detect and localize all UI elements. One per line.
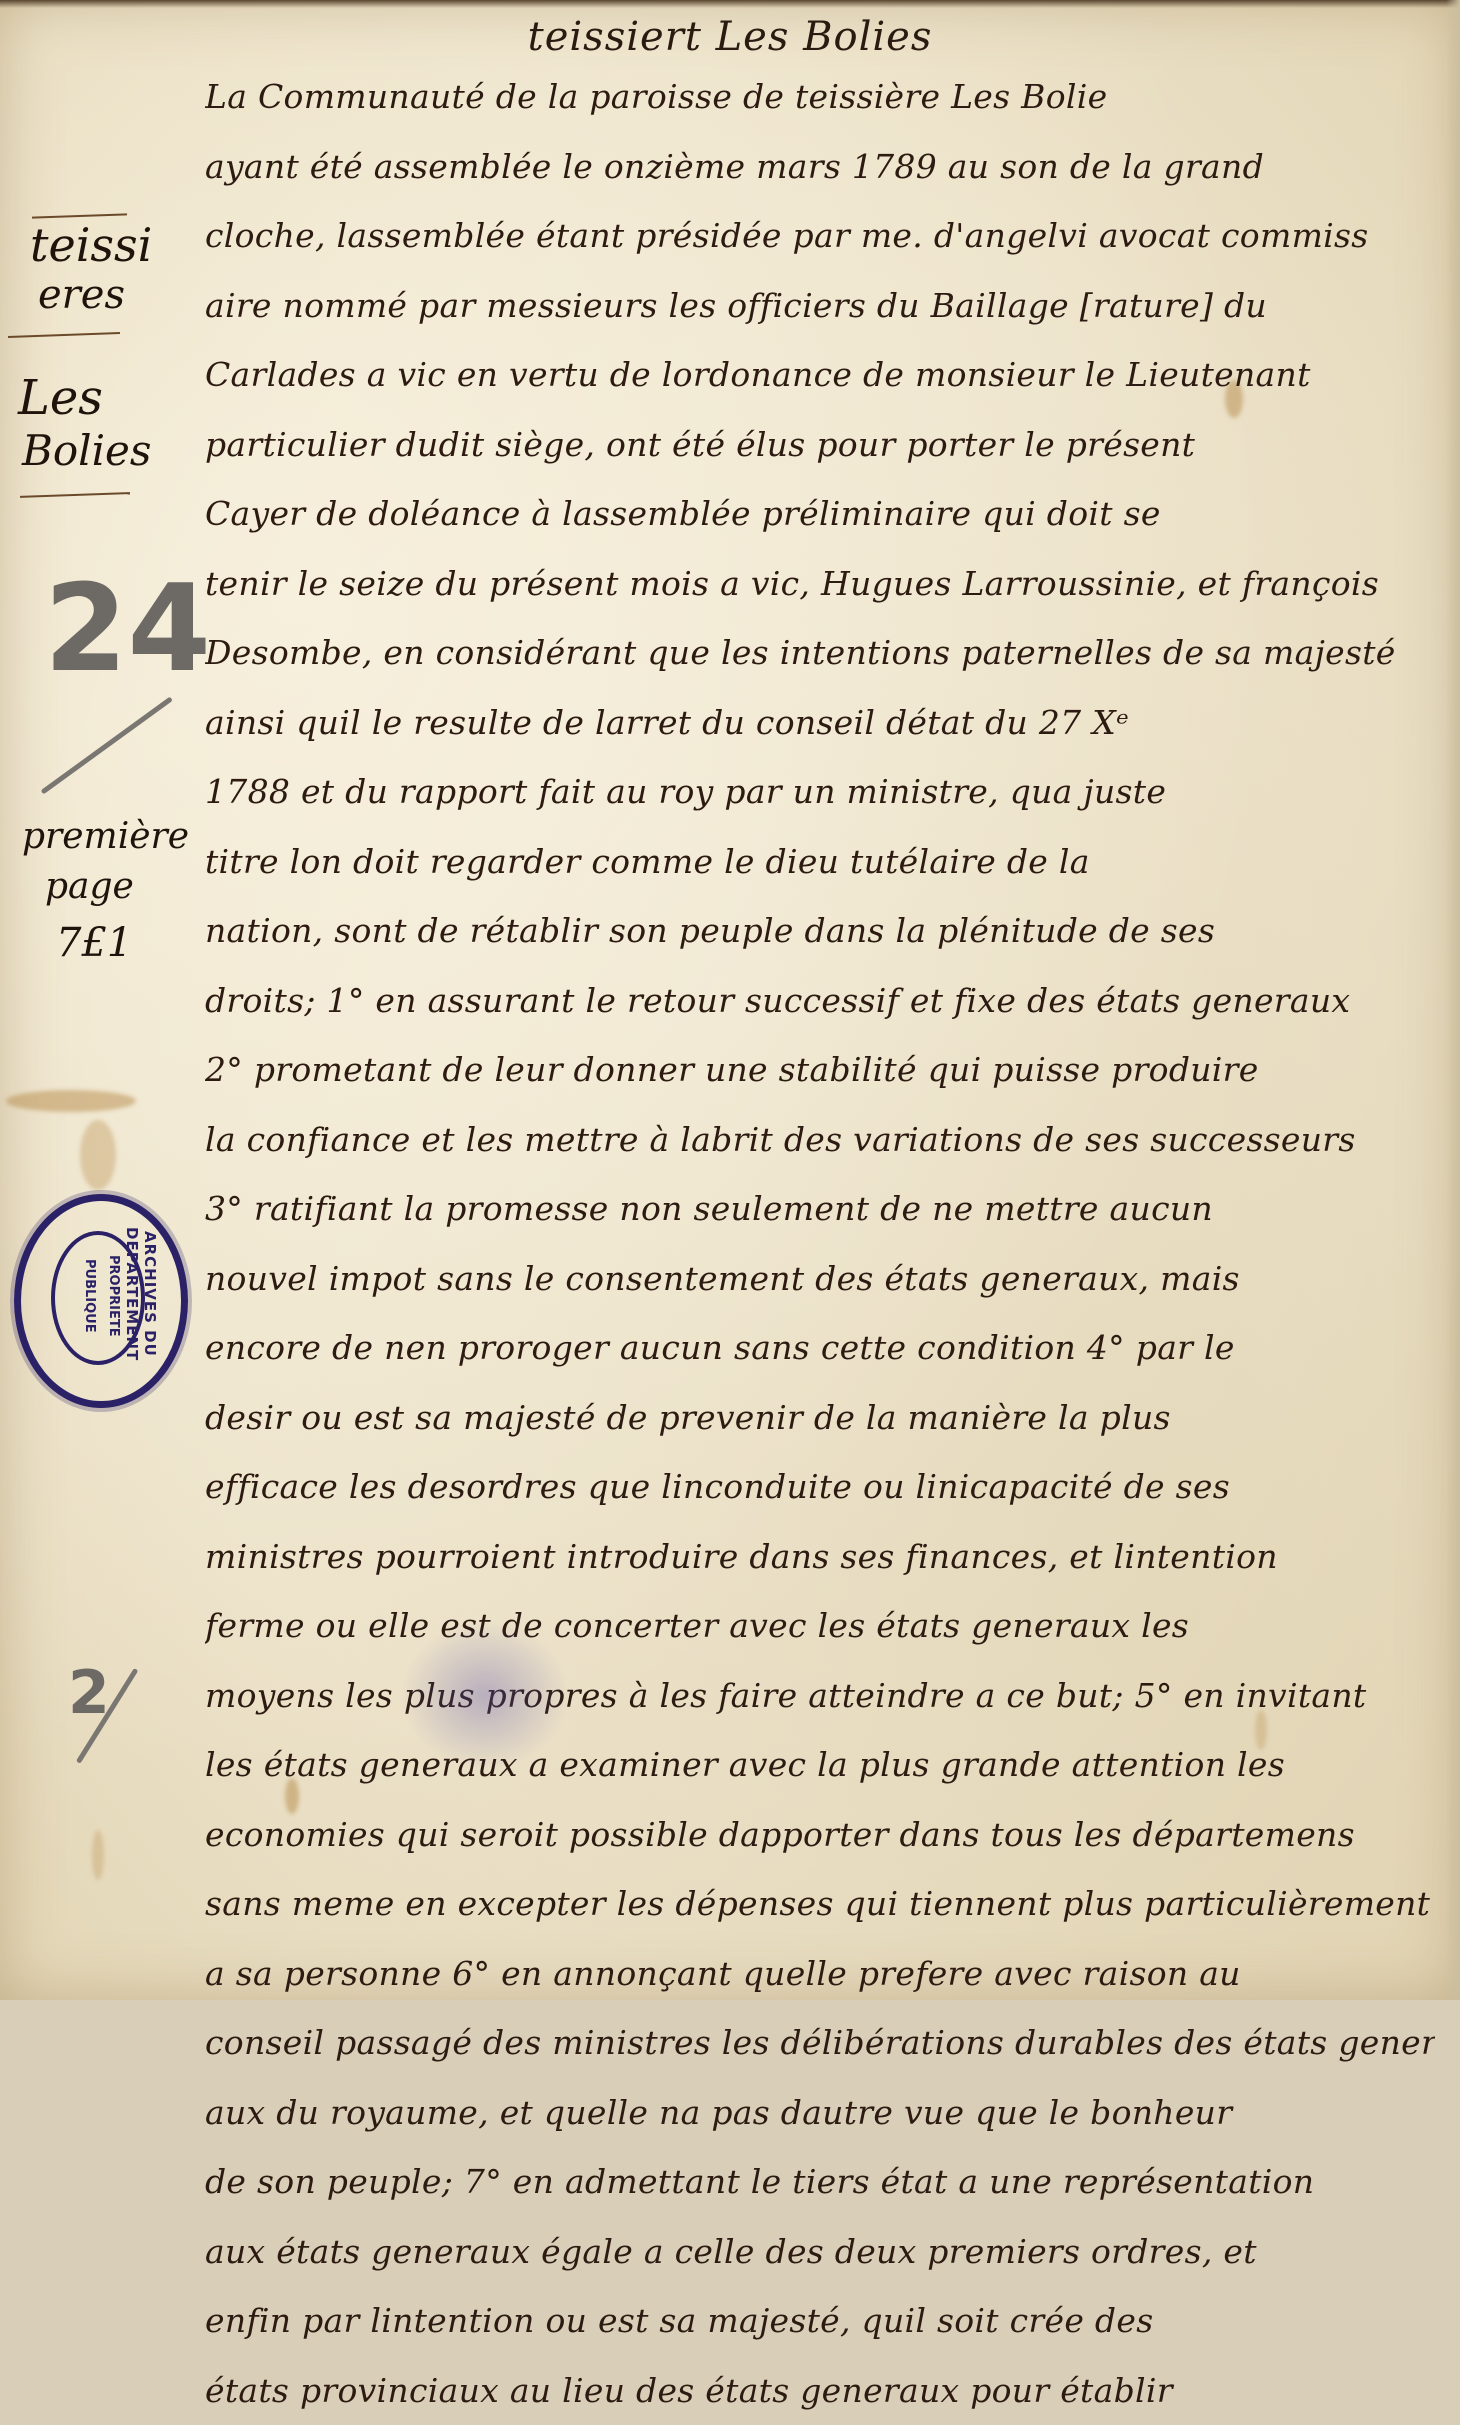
text-line: Cayer de doléance à lassemblée prélimina…	[205, 479, 1435, 549]
page-right-edge	[1446, 0, 1460, 2000]
text-line: ferme ou elle est de concerter avec les …	[205, 1591, 1435, 1661]
text-line: particulier dudit siège, ont été élus po…	[205, 410, 1435, 480]
text-line: moyens les plus propres à les faire atte…	[205, 1661, 1435, 1731]
stamp-center-text: PUBLIQUE	[75, 1241, 97, 1351]
margin-rule	[20, 492, 130, 498]
manuscript-page: teissiert Les Bolies La Communauté de la…	[0, 0, 1460, 2000]
archive-stamp: ARCHIVES DU DEPARTEMENT PROPRIETE PUBLIQ…	[14, 1194, 188, 1408]
page-top-edge	[0, 0, 1460, 8]
stamp-ring-text: ARCHIVES DU DEPARTEMENT	[125, 1209, 159, 1379]
text-line: economies qui seroit possible dapporter …	[205, 1800, 1435, 1870]
text-line: aire nommé par messieurs les officiers d…	[205, 271, 1435, 341]
text-line: 3° ratifiant la promesse non seulement d…	[205, 1174, 1435, 1244]
faded-stamp-bleedthrough	[400, 1620, 570, 1770]
margin-page-label: première	[22, 816, 189, 857]
text-line: Carlades a vic en vertu de lordonance de…	[205, 340, 1435, 410]
text-line: ayant été assemblée le onzième mars 1789…	[205, 132, 1435, 202]
margin-rule	[8, 332, 120, 338]
text-line: nation, sont de rétablir son peuple dans…	[205, 896, 1435, 966]
text-line: a sa personne 6° en annonçant quelle pre…	[205, 1939, 1435, 2001]
stamp-center-text: PROPRIETE	[99, 1241, 121, 1351]
text-line: sans meme en excepter les dépenses qui t…	[205, 1869, 1435, 1939]
ink-stain	[80, 1120, 116, 1190]
text-line: encore de nen proroger aucun sans cette …	[205, 1313, 1435, 1383]
margin-page-label: page	[45, 866, 134, 907]
margin-parish-name: Les	[18, 370, 103, 426]
text-line: 2° prometant de leur donner une stabilit…	[205, 1035, 1435, 1105]
folio-mark: 7£1	[56, 920, 132, 966]
document-body: La Communauté de la paroisse de teissièr…	[205, 62, 1435, 2000]
text-line: les états generaux a examiner avec la pl…	[205, 1730, 1435, 1800]
margin-parish-name: teissi	[30, 218, 152, 272]
margin-parish-name: Bolies	[22, 426, 151, 475]
margin-parish-name: eres	[38, 272, 125, 318]
text-line: titre lon doit regarder comme le dieu tu…	[205, 827, 1435, 897]
text-line: cloche, lassemblée étant présidée par me…	[205, 201, 1435, 271]
text-line: desir ou est sa majesté de prevenir de l…	[205, 1383, 1435, 1453]
ink-stain	[6, 1090, 136, 1112]
text-line: droits; 1° en assurant le retour success…	[205, 966, 1435, 1036]
text-line: ainsi quil le resulte de larret du conse…	[205, 688, 1435, 758]
text-line: Desombe, en considérant que les intentio…	[205, 618, 1435, 688]
document-title: teissiert Les Bolies	[0, 14, 1460, 60]
ink-stain	[92, 1830, 104, 1880]
text-line: tenir le seize du présent mois a vic, Hu…	[205, 549, 1435, 619]
text-line: la confiance et les mettre à labrit des …	[205, 1105, 1435, 1175]
pencil-number: 24	[44, 560, 211, 699]
text-line: La Communauté de la paroisse de teissièr…	[205, 62, 1435, 132]
text-line: nouvel impot sans le consentement des ét…	[205, 1244, 1435, 1314]
pencil-slash	[41, 696, 173, 794]
text-line: ministres pourroient introduire dans ses…	[205, 1522, 1435, 1592]
text-line: efficace les desordres que linconduite o…	[205, 1452, 1435, 1522]
text-line: 1788 et du rapport fait au roy par un mi…	[205, 757, 1435, 827]
